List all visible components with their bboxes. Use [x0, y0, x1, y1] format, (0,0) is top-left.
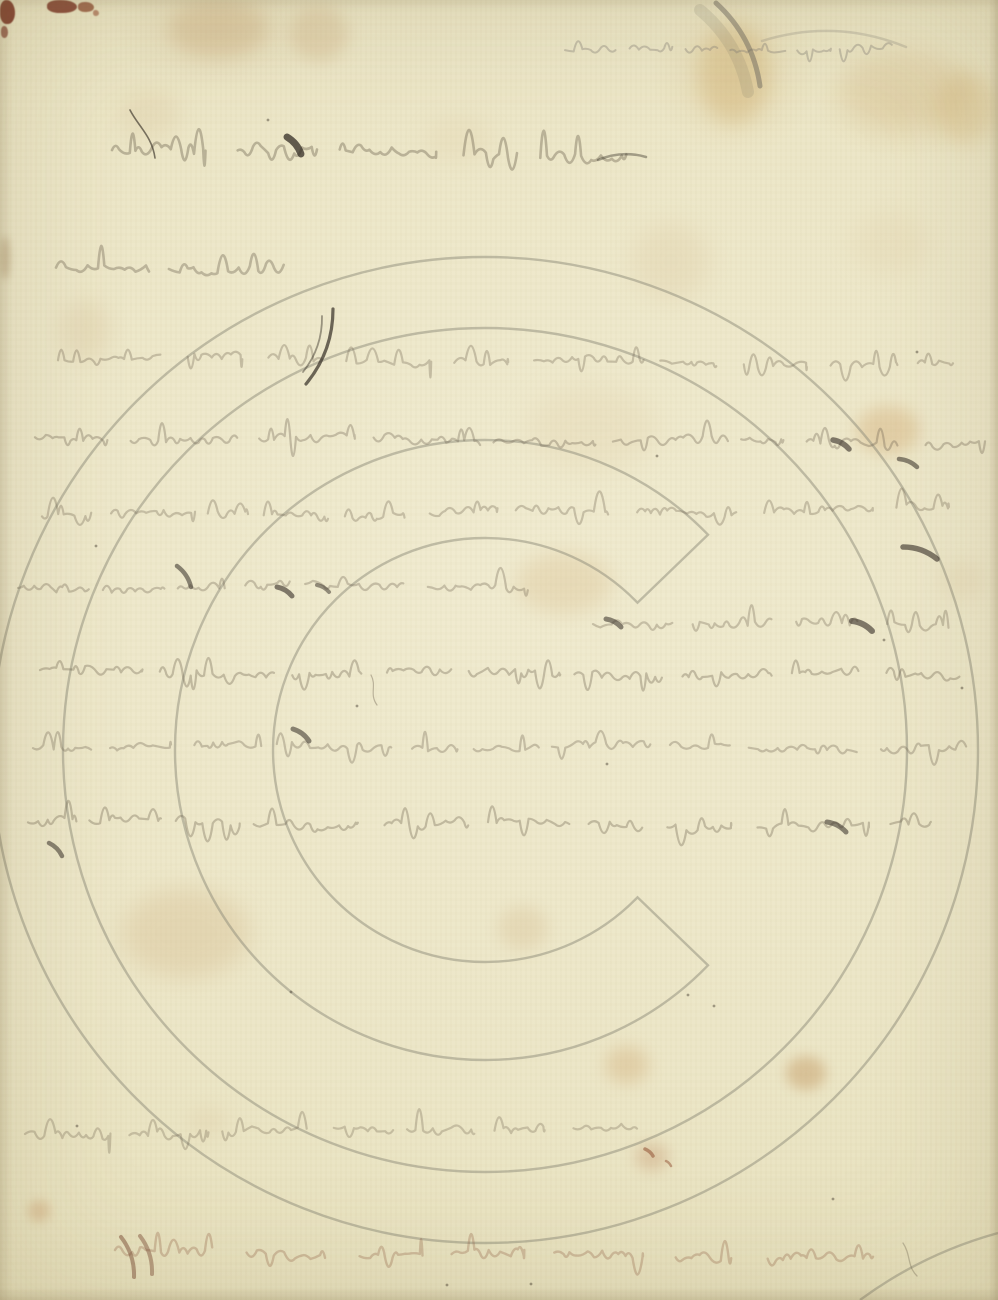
- red-mark: [0, 0, 15, 24]
- ink-blot: [317, 585, 329, 592]
- ink-blot: [598, 154, 646, 160]
- dust-speck: [961, 687, 964, 690]
- handwriting-line-body-3: [42, 489, 949, 525]
- dust-speck: [713, 1005, 716, 1008]
- dust-speck: [916, 351, 919, 354]
- handwriting-line-body-2: [35, 419, 985, 456]
- paper-stain: [424, 116, 494, 162]
- ink-blot: [645, 1149, 653, 1156]
- paper-texture: [0, 0, 998, 1300]
- ink-blot: [762, 31, 906, 47]
- paper-fiber: [130, 110, 155, 158]
- paper-stain: [120, 90, 180, 140]
- dust-speck: [656, 455, 659, 458]
- paper-stain: [527, 385, 657, 470]
- handwriting-line-ghost-top: [565, 41, 892, 61]
- paper-stain: [698, 24, 770, 124]
- ink-blot: [833, 440, 849, 449]
- handwriting-line-body-4b: [593, 605, 949, 632]
- dust-speck: [606, 763, 609, 766]
- watermark-inner-circle: [63, 328, 907, 1172]
- ink-blot: [716, 3, 760, 86]
- paper-fiber: [903, 1243, 917, 1276]
- paper-stain: [516, 552, 612, 614]
- paper-stain: [632, 222, 710, 300]
- paper-stain: [786, 1056, 826, 1090]
- ink-blot: [666, 1161, 671, 1166]
- handwriting-line-body-1: [58, 345, 953, 380]
- red-mark: [78, 2, 94, 12]
- ink-blot: [700, 10, 748, 92]
- ink-blot: [606, 619, 621, 627]
- dust-speck: [95, 545, 98, 548]
- ink-blot: [852, 621, 872, 631]
- dust-speck: [530, 1283, 533, 1286]
- dust-speck: [290, 991, 293, 994]
- red-mark: [1, 26, 8, 38]
- paper-stain: [856, 406, 920, 454]
- paper-stain: [60, 300, 110, 360]
- scanned-letter-page: [0, 0, 998, 1300]
- ink-blot: [140, 1236, 152, 1274]
- paper-stain: [940, 560, 985, 600]
- ink-blot: [121, 1237, 134, 1277]
- dust-speck: [356, 705, 359, 708]
- paper-stain: [188, 1106, 228, 1136]
- dust-speck: [832, 1198, 835, 1201]
- red-mark: [47, 0, 77, 13]
- ink-blot: [303, 316, 322, 372]
- paper-stain: [635, 1143, 669, 1171]
- paper-stain: [168, 0, 268, 58]
- red-mark: [93, 10, 99, 16]
- watermark-c-letter: [175, 440, 708, 1060]
- ink-blot: [277, 587, 292, 596]
- paper-vignette: [0, 0, 998, 1300]
- ink-blot: [903, 547, 937, 559]
- corner-watermark-arc: [860, 1233, 998, 1300]
- paper-stain: [28, 1200, 50, 1222]
- paper-stain: [605, 1046, 649, 1084]
- ink-blot: [49, 843, 62, 856]
- ink-blot: [177, 566, 191, 587]
- paper-stain: [498, 906, 548, 950]
- dust-speck: [883, 639, 886, 642]
- handwriting-line-body-7: [28, 801, 931, 845]
- paper-fiber: [371, 675, 377, 705]
- handwriting-line-body-5: [40, 658, 959, 691]
- handwriting-line-body-4a: [18, 568, 528, 596]
- copyright-watermark: [0, 0, 998, 1300]
- ink-blot: [899, 459, 917, 467]
- ink-blot: [293, 729, 309, 741]
- handwriting-line-date-line: [112, 129, 626, 169]
- handwriting-line-closing: [25, 1109, 637, 1153]
- handwriting-line-salutation: [56, 246, 284, 275]
- watermark-outer-circle: [0, 257, 978, 1243]
- paper-stain: [850, 212, 930, 274]
- ink-blot: [306, 309, 333, 384]
- ink-blot: [827, 822, 846, 832]
- handwriting-line-signature: [115, 1233, 873, 1275]
- dust-speck: [76, 1125, 79, 1128]
- paper-stain: [0, 236, 10, 280]
- paper-stain: [840, 50, 970, 130]
- dust-speck: [687, 994, 690, 997]
- paper-stain: [290, 6, 348, 62]
- dust-speck: [446, 1284, 449, 1287]
- paper-stain: [122, 888, 250, 978]
- ink-blot: [287, 137, 301, 154]
- handwriting-layer: [0, 0, 998, 1300]
- handwriting-line-body-6: [33, 731, 966, 765]
- watermark-group: [0, 257, 998, 1300]
- dust-speck: [267, 119, 270, 122]
- paper-stain: [935, 72, 997, 144]
